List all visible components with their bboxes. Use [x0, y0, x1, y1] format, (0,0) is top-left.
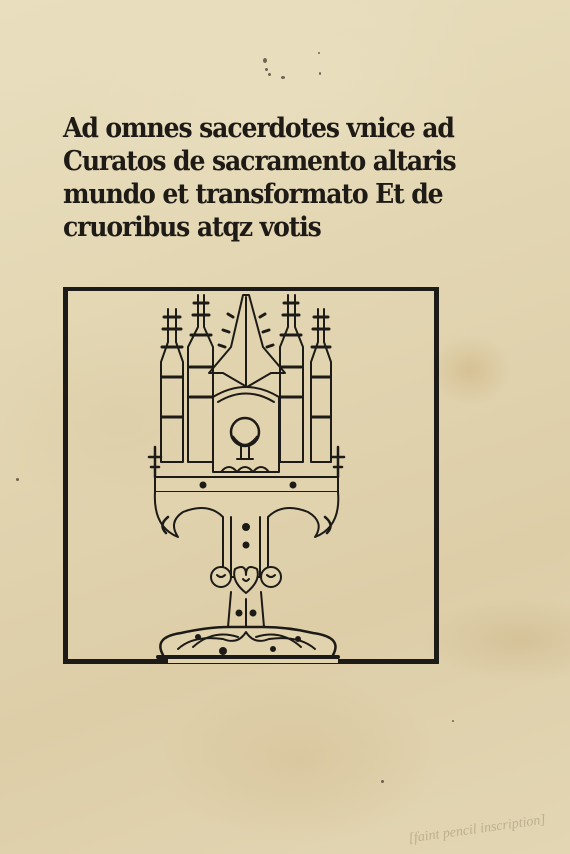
- monstrance-illustration: [63, 287, 439, 665]
- spire-left-outer: [161, 309, 183, 462]
- title-line-1: Ad omnes sacerdotes vnice ad: [63, 112, 435, 145]
- spire-right-inner: [280, 295, 303, 462]
- parchment-page: Ad omnes sacerdotes vnice ad Curatos de …: [0, 0, 570, 854]
- title-line-3: mundo et transformato Et de: [63, 178, 435, 211]
- title-block: Ad omnes sacerdotes vnice ad Curatos de …: [63, 112, 435, 244]
- knop: [211, 567, 281, 593]
- spire-left-inner: [188, 295, 213, 462]
- title-line-2: Curatos de sacramento altaris: [63, 145, 435, 178]
- pencil-inscription: [faint pencil inscription]: [408, 812, 547, 847]
- title-line-4: cruoribus atqz votis: [63, 211, 435, 244]
- spire-right-outer: [311, 309, 331, 462]
